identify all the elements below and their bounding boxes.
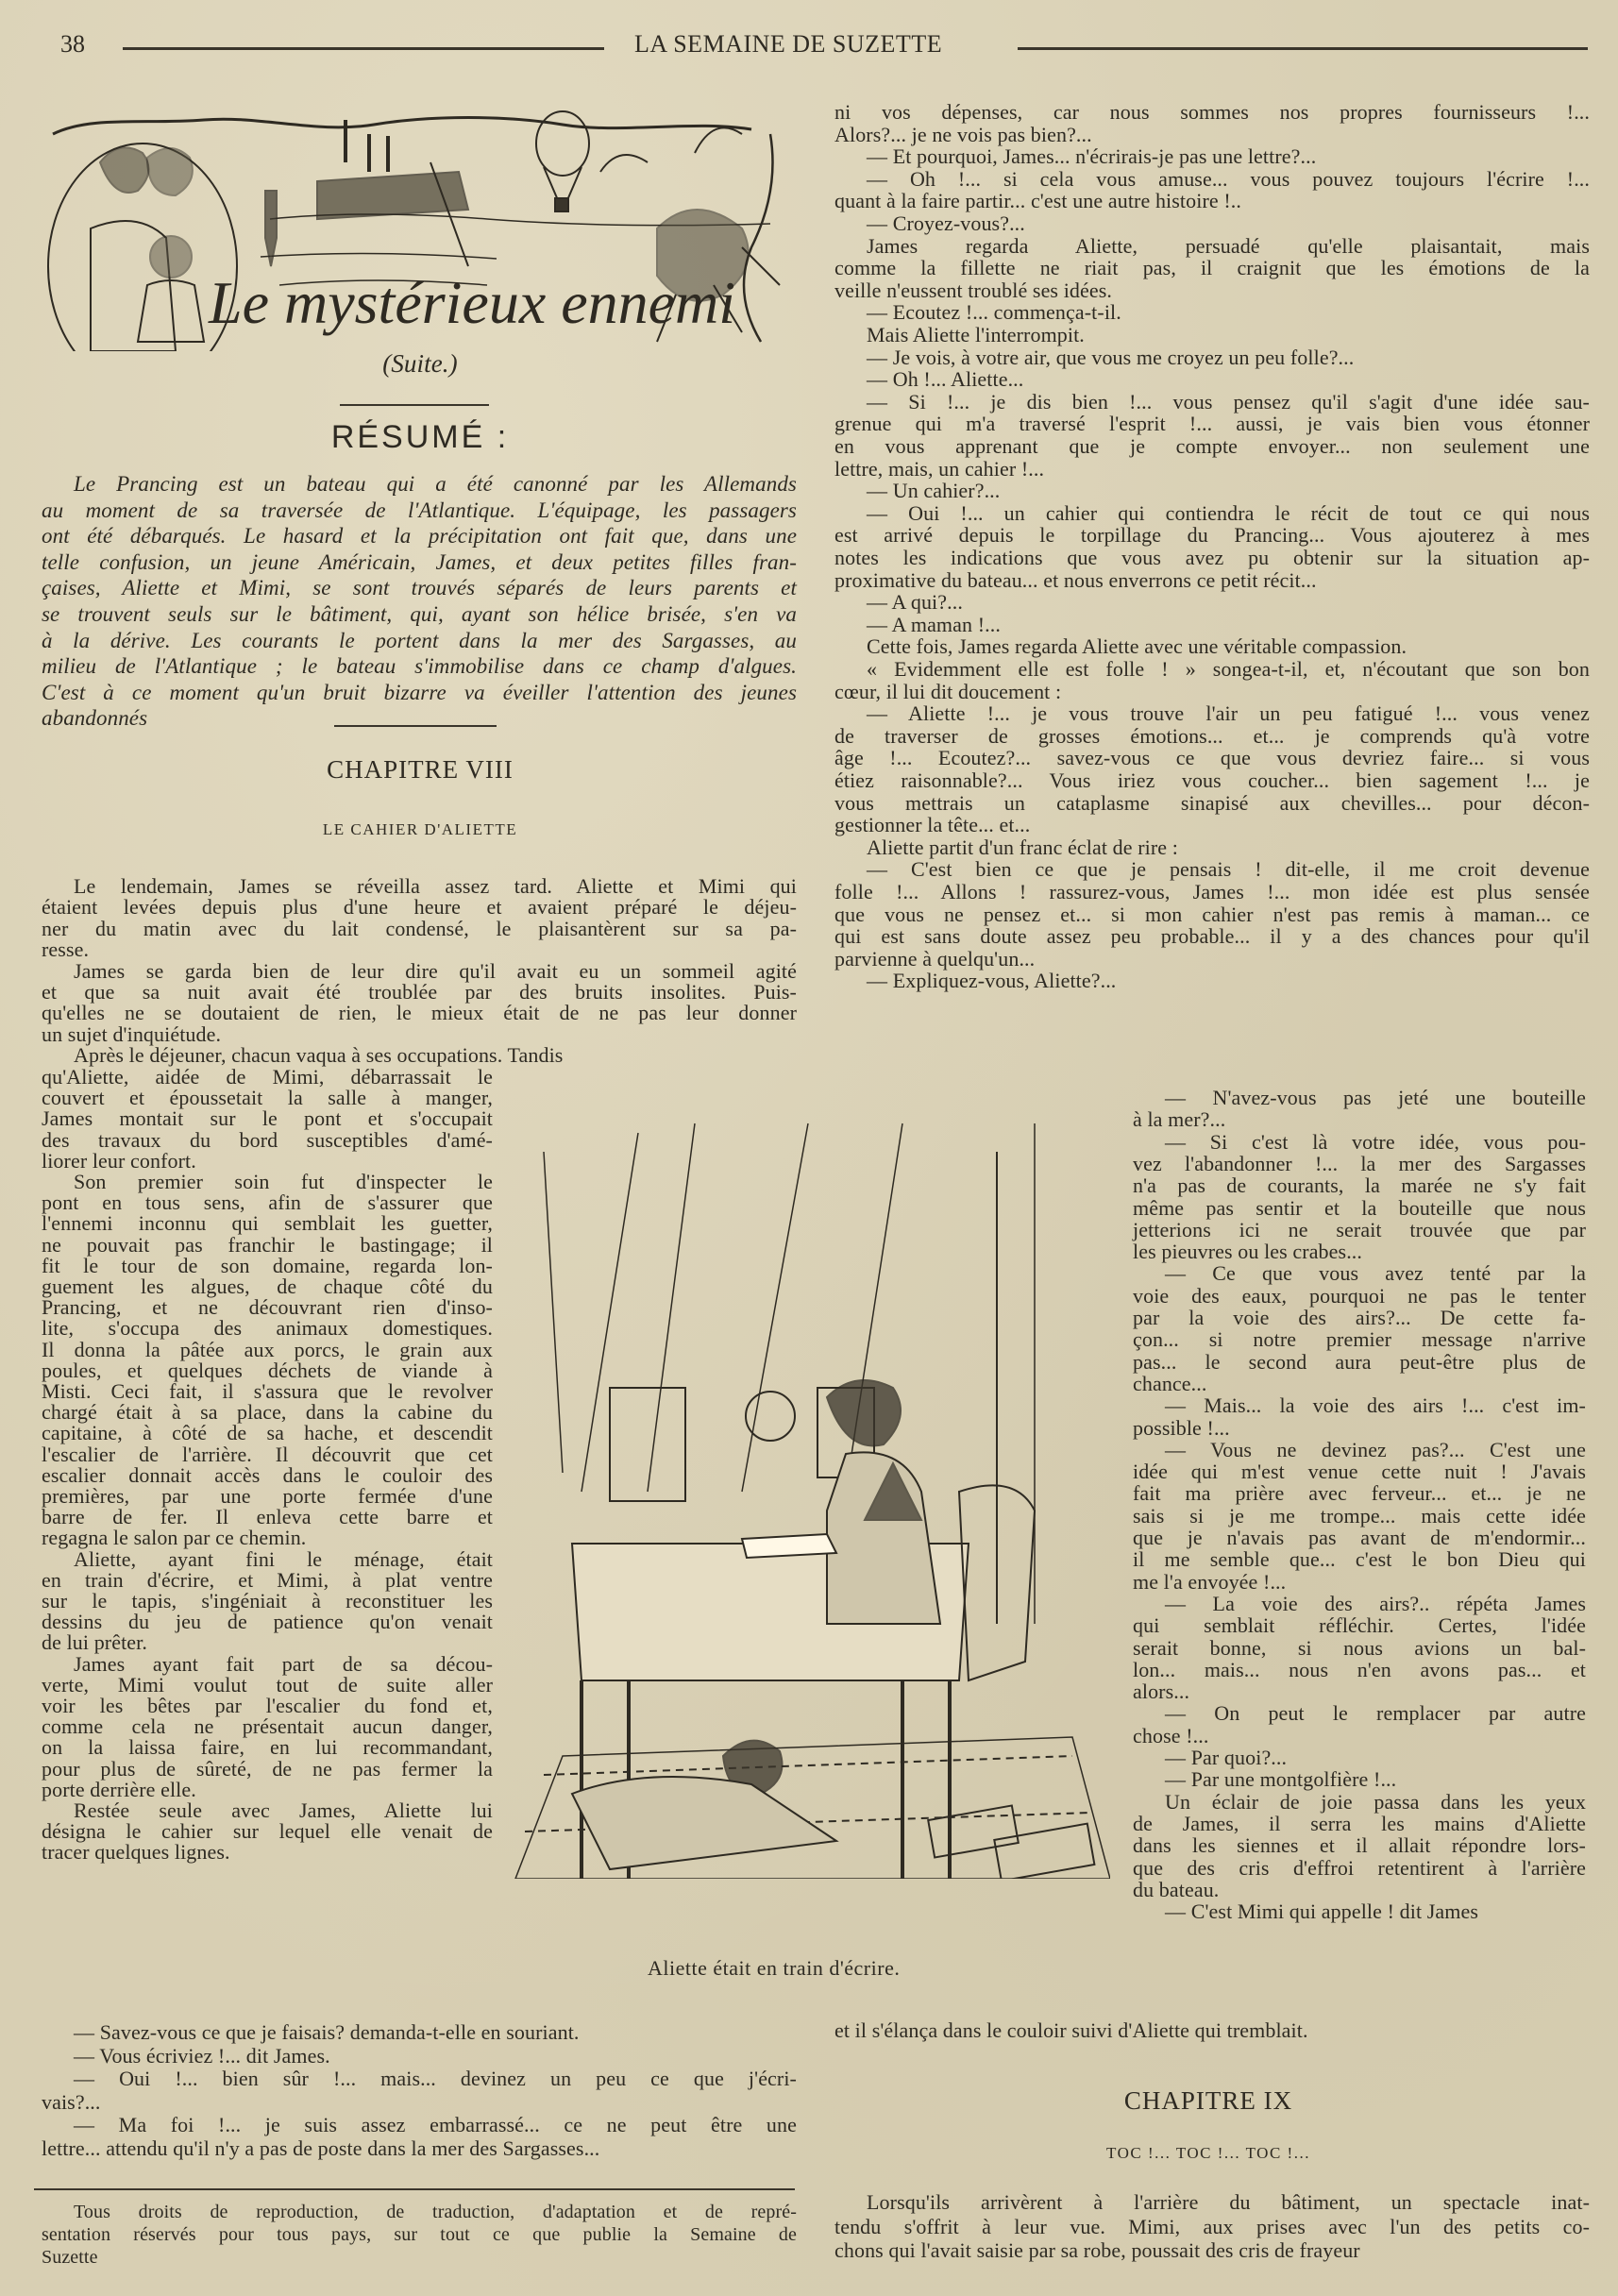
text-line: cœur, il lui dit doucement : xyxy=(834,680,1590,704)
text-line: chose !... xyxy=(1133,1724,1586,1748)
text-line: — C'est Mimi qui appelle ! dit James xyxy=(1165,1899,1586,1924)
text-line: — Vous ne devinez pas?... C'est une xyxy=(1165,1438,1586,1462)
text-line: du bateau. xyxy=(1133,1878,1586,1902)
text-line: idée qui m'est venue cette nuit ! J'avai… xyxy=(1133,1460,1586,1484)
text-line: alors... xyxy=(1133,1680,1586,1704)
text-line: — Et pourquoi, James... n'écrirais-je pa… xyxy=(867,144,1590,169)
text-line: « Evidemment elle est folle ! » songea-t… xyxy=(867,657,1590,682)
text-line: fait ma prière avec ferveur... et... je … xyxy=(1133,1481,1586,1506)
text-line: chance... xyxy=(1133,1372,1586,1396)
text-line: voie des eaux, pourquoi ne pas le tenter xyxy=(1133,1284,1586,1308)
text-line: Tous droits de reproduction, de traducti… xyxy=(74,2200,797,2224)
text-line: — Savez-vous ce que je faisais? demanda-… xyxy=(74,2020,797,2045)
footer-rule xyxy=(34,2188,795,2190)
text-line: me l'a envoyée !... xyxy=(1133,1570,1586,1595)
text-line: Un éclair de joie passa dans les yeux xyxy=(1165,1790,1586,1815)
text-line: notes les indications que vous avez pu o… xyxy=(834,546,1590,570)
text-line: Aliette partit d'un franc éclat de rire … xyxy=(867,836,1590,860)
text-line: Suzette xyxy=(42,2245,797,2270)
bottle xyxy=(265,191,277,266)
text-line: à la dérive. Les courants le portent dan… xyxy=(42,629,797,653)
text-line: — Oui !... bien sûr !... mais... devinez… xyxy=(74,2067,797,2091)
text-line: — Si c'est là votre idée, vous pou- xyxy=(1165,1130,1586,1155)
text-line: — Mais... la voie des airs !... c'est im… xyxy=(1165,1393,1586,1418)
text-line: par la voie des airs?... De cette fa- xyxy=(1133,1306,1586,1330)
text-line: — C'est bien ce que je pensais ! dit-ell… xyxy=(867,857,1590,882)
text-line: parvienne à quelqu'un... xyxy=(834,947,1590,971)
text-line: est arrivé depuis le torpillage du Pranc… xyxy=(834,523,1590,548)
text-line: proximative du bateau... et nous enverro… xyxy=(834,568,1590,593)
text-line: — Si !... je dis bien !... vous pensez q… xyxy=(867,390,1590,414)
text-line: Mais Aliette l'interrompit. xyxy=(867,323,1590,347)
text-line: abandonnés xyxy=(42,706,797,731)
text-line: Lorsqu'ils arrivèrent à l'arrière du bât… xyxy=(867,2190,1590,2215)
text-line: se trouvent seuls sur le bâtiment, qui, … xyxy=(42,602,797,627)
text-line: tracer quelques lignes. xyxy=(42,1840,493,1865)
balloon xyxy=(536,111,589,176)
text-line: Cette fois, James regarda Aliette avec u… xyxy=(867,634,1590,659)
text-line: au moment de sa traversée de l'Atlantiqu… xyxy=(42,498,797,523)
text-line: de James, il serra les mains d'Aliette xyxy=(1133,1812,1586,1836)
text-line: Le Prancing est un bateau qui a été cano… xyxy=(74,472,797,497)
text-line: même pas sentir et la bouteille que nous xyxy=(1133,1196,1586,1221)
text-line: — Croyez-vous?... xyxy=(867,211,1590,236)
text-line: Alors?... je ne vois pas bien?... xyxy=(834,123,1590,147)
text-line: comme la fillette ne riait pas, il craig… xyxy=(834,256,1590,280)
text-line: gestionner la tête... et... xyxy=(834,813,1590,837)
text-line: quant à la faire partir... c'est une aut… xyxy=(834,189,1590,213)
text-line: n'a pas de courants, la marée ne s'y fai… xyxy=(1133,1173,1586,1198)
text-line: — Ce que vous avez tenté par la xyxy=(1165,1261,1586,1286)
text-line: en vous apprenant que je compte envoyer.… xyxy=(834,434,1590,459)
text-line: telle confusion, un jeune Américain, Jam… xyxy=(42,550,797,575)
text-line: milieu de l'Atlantique ; le bateau s'imm… xyxy=(42,654,797,679)
story-title: Le mystérieux ennemi xyxy=(208,269,735,336)
text-line: — Par une montgolfière !... xyxy=(1165,1767,1586,1792)
text-line: — Oh !... Aliette... xyxy=(867,367,1590,392)
text-line: çaises, Aliette et Mimi, se sont trouvés… xyxy=(42,576,797,600)
text-line: lettre... attendu qu'il n'y a pas de pos… xyxy=(42,2136,797,2161)
text-line: vais?... xyxy=(42,2090,797,2115)
divider xyxy=(334,725,497,727)
text-line: C'est à ce moment qu'un bruit bizarre va… xyxy=(42,681,797,705)
text-line: veille n'eussent troublé ses idées. xyxy=(834,279,1590,303)
illustration-caption: Aliette était en train d'écrire. xyxy=(648,1956,900,1981)
text-line: — A qui?... xyxy=(867,590,1590,615)
text-line: que des cris d'effroi retentirent à l'ar… xyxy=(1133,1856,1586,1881)
text-line: qui semblait réfléchir. Certes, l'idée xyxy=(1133,1613,1586,1638)
text-line: que je n'avais pas avant de m'endormir..… xyxy=(1133,1526,1586,1550)
suite-label: (Suite.) xyxy=(283,351,557,376)
header-rule-left xyxy=(123,47,604,50)
text-line: pas... le second aura peut-être plus de xyxy=(1133,1350,1586,1375)
text-line: — Par quoi?... xyxy=(1165,1746,1586,1770)
page-number: 38 xyxy=(60,30,85,59)
text-line: âge !... Ecoutez?... savez-vous ce que v… xyxy=(834,746,1590,770)
publication-title: LA SEMAINE DE SUZETTE xyxy=(634,30,942,59)
text-line: çon... si notre premier message n'arrive xyxy=(1133,1327,1586,1352)
text-line: les pieuvres ou les crabes... xyxy=(1133,1240,1586,1264)
text-line: lettre, mais, un cahier !... xyxy=(834,457,1590,481)
header-rule-right xyxy=(1018,47,1588,50)
text-line: dans les siennes et il allait répondre l… xyxy=(1133,1833,1586,1858)
text-line: — A maman !... xyxy=(867,613,1590,637)
text-line: James regarda Aliette, persuadé qu'elle … xyxy=(867,234,1590,259)
text-line: — Expliquez-vous, Aliette?... xyxy=(867,969,1590,993)
text-line: et il s'élança dans le couloir suivi d'A… xyxy=(834,2018,1590,2043)
text-line: ont été débarqués. Le hasard et la préci… xyxy=(42,524,797,549)
resume-heading: RÉSUMÉ : xyxy=(28,425,812,449)
text-line: — Vous écriviez !... dit James. xyxy=(74,2044,797,2068)
text-line: — Aliette !... je vous trouve l'air un p… xyxy=(867,701,1590,726)
chapter-9-heading: CHAPITRE IX xyxy=(831,2088,1586,2113)
chapter-8-heading: CHAPITRE VIII xyxy=(28,757,812,782)
text-line: — On peut le remplacer par autre xyxy=(1165,1701,1586,1726)
text-line: — La voie des airs?.. répéta James xyxy=(1165,1592,1586,1616)
text-line: chons qui l'avait saisie par sa robe, po… xyxy=(834,2238,1590,2263)
text-line: ni vos dépenses, car nous sommes nos pro… xyxy=(834,100,1590,125)
text-line: vez l'abandonner !... la mer des Sargass… xyxy=(1133,1152,1586,1176)
text-line: que vous ne pensez et... si mon cahier n… xyxy=(834,903,1590,927)
text-line: — N'avez-vous pas jeté une bouteille xyxy=(1165,1086,1586,1110)
text-line: sentation réservés pour tous pays, sur t… xyxy=(42,2222,797,2247)
text-line: vous mettrais un cataplasme sinapisé aux… xyxy=(834,791,1590,816)
text-line: — Oui !... un cahier qui contiendra le r… xyxy=(867,501,1590,526)
text-line: il me semble que... c'est le bon Dieu qu… xyxy=(1133,1547,1586,1572)
text-line: — Un cahier?... xyxy=(867,479,1590,503)
text-line: serait bonne, si nous avions un bal- xyxy=(1133,1636,1586,1661)
text-line: lon... mais... nous n'en avons pas... et xyxy=(1133,1658,1586,1682)
divider xyxy=(340,404,489,406)
chapter-9-subheading: TOC !... TOC !... TOC !... xyxy=(831,2141,1586,2166)
text-line: possible !... xyxy=(1133,1416,1586,1441)
text-line: — Je vois, à votre air, que vous me croy… xyxy=(867,346,1590,370)
text-line: étiez raisonnable?... Vous iriez vous co… xyxy=(834,768,1590,793)
text-line: jetterions ici ne serait trouvée que par xyxy=(1133,1218,1586,1242)
text-line: — Ecoutez !... commença-t-il. xyxy=(867,300,1590,325)
text-line: folle !... Allons ! rassurez-vous, James… xyxy=(834,880,1590,904)
illustration-girl-writing xyxy=(506,1095,1110,1879)
text-line: — Oh !... si cela vous amuse... vous pou… xyxy=(867,167,1590,192)
chapter-8-subheading: LE CAHIER D'ALIETTE xyxy=(28,818,812,842)
text-line: qui est sans doute assez peu probable...… xyxy=(834,924,1590,949)
text-line: de traverser de grosses émotions... et..… xyxy=(834,724,1590,749)
story-banner-illustration: Le mystérieux ennemi xyxy=(34,106,817,351)
text-line: grenue qui m'a traversé l'esprit !... au… xyxy=(834,412,1590,436)
text-line: sais si je me trompe... mais cette idée xyxy=(1133,1504,1586,1528)
text-line: à la mer?... xyxy=(1133,1107,1586,1132)
text-line: — Ma foi !... je suis assez embarrassé..… xyxy=(74,2113,797,2137)
text-line: tendu s'offrit à leur vue. Mimi, aux pri… xyxy=(834,2215,1590,2239)
